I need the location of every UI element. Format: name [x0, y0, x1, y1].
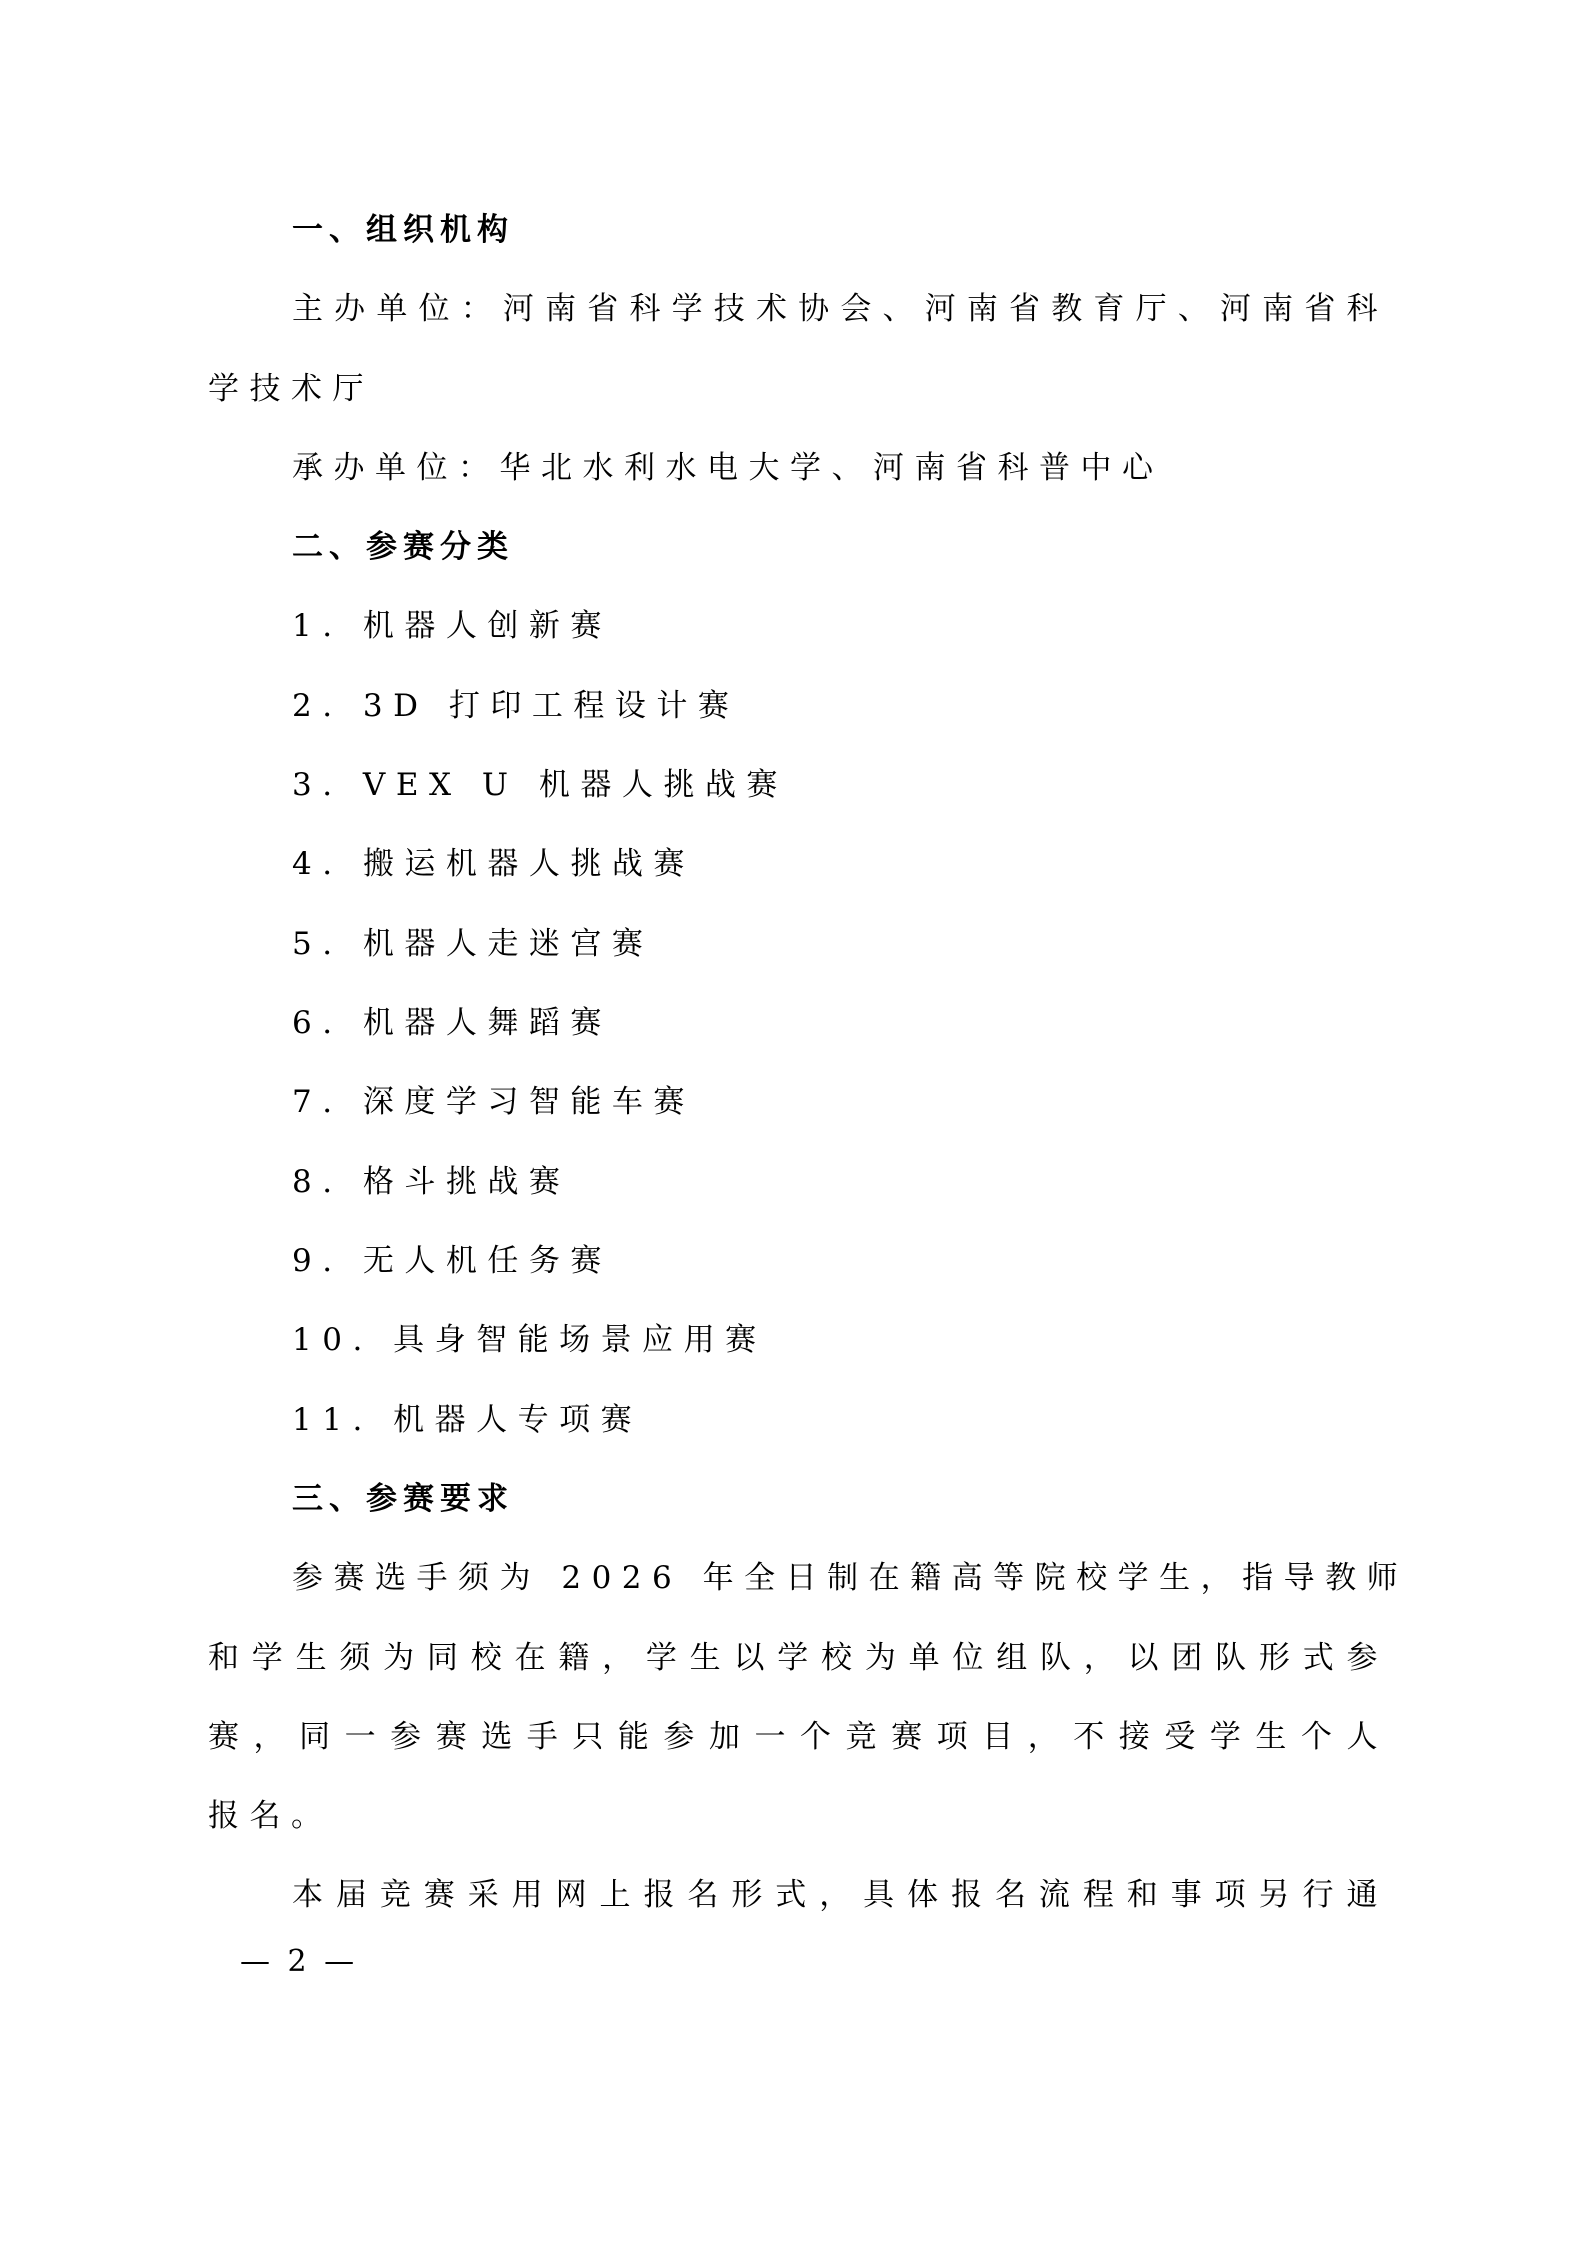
- document-page: 一、组织机构 主办单位：河南省科学技术协会、河南省教育厅、河南省科 学技术厅 承…: [0, 0, 1587, 2243]
- category-item: 6. 机器人舞蹈赛: [292, 998, 1388, 1048]
- page-number: — 2 —: [240, 1940, 358, 1984]
- organizer-units-line: 承办单位：华北水利水电大学、河南省科普中心: [292, 443, 1388, 493]
- host-units-line: 主办单位：河南省科学技术协会、河南省教育厅、河南省科: [292, 284, 1388, 334]
- category-item: 2. 3D 打印工程设计赛: [292, 681, 1388, 731]
- category-item: 7. 深度学习智能车赛: [292, 1077, 1388, 1127]
- section-heading-categories: 二、参赛分类: [292, 522, 1388, 572]
- requirements-paragraph-line: 报名。: [208, 1791, 1388, 1841]
- category-item: 3. VEX U 机器人挑战赛: [292, 760, 1388, 810]
- section-heading-requirements: 三、参赛要求: [292, 1474, 1388, 1524]
- requirements-paragraph-line: 和学生须为同校在籍，学生以学校为单位组队，以团队形式参: [208, 1633, 1388, 1683]
- category-item: 4. 搬运机器人挑战赛: [292, 839, 1388, 889]
- host-units-continuation: 学技术厅: [208, 364, 1388, 414]
- requirements-paragraph-line: 赛，同一参赛选手只能参加一个竞赛项目，不接受学生个人: [208, 1712, 1388, 1762]
- section-heading-organization: 一、组织机构: [292, 205, 1388, 255]
- category-item: 5. 机器人走迷宫赛: [292, 919, 1388, 969]
- category-item: 9. 无人机任务赛: [292, 1236, 1388, 1286]
- category-item: 11. 机器人专项赛: [292, 1395, 1388, 1445]
- category-item: 1. 机器人创新赛: [292, 601, 1388, 651]
- category-item: 8. 格斗挑战赛: [292, 1157, 1388, 1207]
- category-item: 10. 具身智能场景应用赛: [292, 1315, 1388, 1365]
- registration-paragraph-line: 本届竞赛采用网上报名形式，具体报名流程和事项另行通: [292, 1870, 1388, 1920]
- requirements-paragraph-line: 参赛选手须为 2026 年全日制在籍高等院校学生，指导教师: [292, 1553, 1388, 1603]
